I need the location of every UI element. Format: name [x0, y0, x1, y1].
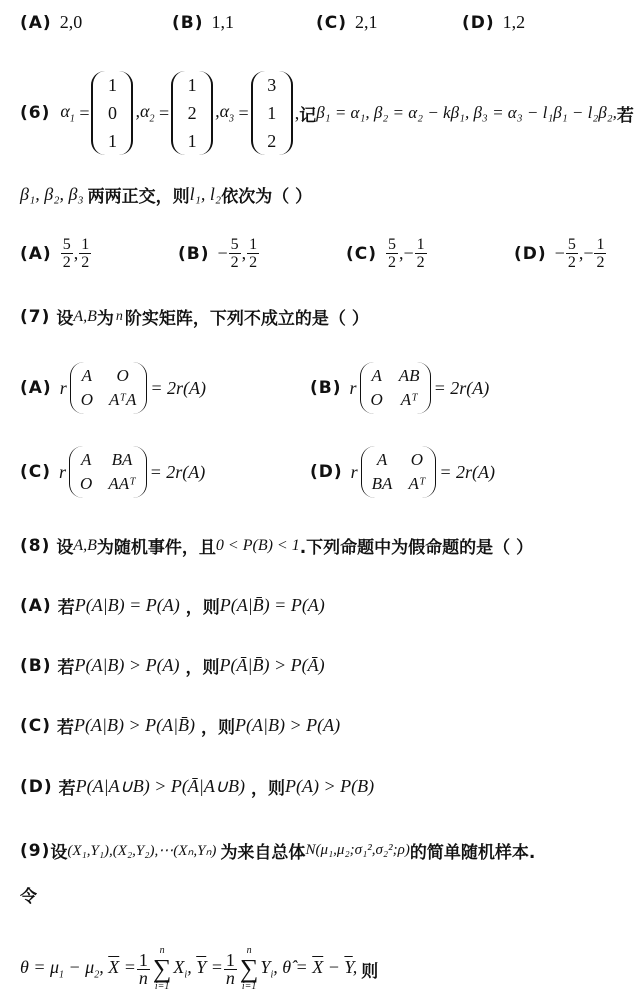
block-matrix: AOBAAᵀ — [361, 446, 437, 498]
q7-option-b: (B) r AABOAᵀ = 2r(A) — [310, 362, 489, 414]
q8-option-a: (A) 若 P(A|B) = P(A) ，则 P(A|B̄) = P(A) — [20, 593, 325, 618]
text-ruo: 若 — [617, 101, 634, 126]
option-value: 1,1 — [212, 12, 235, 33]
block-matrix: AABOAᵀ — [360, 362, 431, 414]
q9-ling: 令 — [20, 882, 37, 907]
q6-option-b: (B) − 52, 12 — [178, 236, 260, 271]
q9-formula: θ = μ1 − μ2, X = 1n n∑i=1 Xi, Y = 1n n∑i… — [20, 945, 378, 993]
q6-option-d: (D) − 52, − 12 — [514, 236, 607, 271]
q8-stem: (8) 设 A,B 为随机事件，且 0 < P(B) < 1 .下列命题中为假命… — [20, 533, 533, 558]
beta-definition: β₁ = α₁, β₂ = α₂ − kβ₁, β₃ = α₃ − l₁β₁ −… — [316, 103, 617, 123]
vector-alpha3: 312 — [251, 71, 293, 155]
q9-stem: (9) 设 (X₁,Y₁),(X₂,Y₂),⋯(Xₙ,Yₙ) 为来自总体 N(μ… — [20, 838, 535, 863]
vector-alpha1: 101 — [91, 71, 133, 155]
q7-option-c: (C) r ABAOAAᵀ = 2r(A) — [20, 446, 205, 498]
block-matrix: ABAOAAᵀ — [69, 446, 147, 498]
option-value: 2,1 — [355, 12, 378, 33]
block-matrix: AOOAᵀA — [70, 362, 148, 414]
option-label: (D) — [462, 13, 495, 33]
q8-option-d: (D) 若 P(A|A∪B) > P(Ā|A∪B) ，则 P(A) > P(B) — [20, 774, 374, 799]
q5-option-c: (C) 2,1 — [316, 12, 378, 33]
q5-option-d: (D) 1,2 — [462, 12, 525, 33]
q8-option-c: (C) 若 P(A|B) > P(A|B̄) ，则 P(A|B) > P(A) — [20, 713, 340, 738]
option-label: (C) — [316, 13, 347, 33]
q7-option-a: (A) r AOOAᵀA = 2r(A) — [20, 362, 206, 414]
q7-stem: (7) 设 A,B 为 n 阶实矩阵，下列不成立的是（ ） — [20, 304, 369, 329]
q6-stem-line2: β₁, β₂, β₃ 两两正交，则 l₁, l₂ 依次为（ ） — [20, 182, 312, 207]
q8-option-b: (B) 若 P(A|B) > P(A) ，则 P(Ā|B̄) > P(Ā) — [20, 653, 325, 678]
vector-alpha2: 121 — [171, 71, 213, 155]
question-number: (6) — [20, 103, 50, 123]
option-label: (B) — [172, 13, 204, 33]
q6-option-a: (A) 52, 12 — [20, 236, 92, 271]
text-ji: 记 — [299, 101, 316, 126]
q6-option-c: (C) 52, − 12 — [346, 236, 428, 271]
alpha1-label: α1 — [60, 101, 74, 125]
q5-option-b: (B) 1,1 — [172, 12, 234, 33]
option-label: (A) — [20, 13, 52, 33]
option-value: 2,0 — [60, 12, 83, 33]
q5-option-a: (A) 2,0 — [20, 12, 82, 33]
q6-stem: (6) α1 = 101 ,α2 = 121 ,α3 = 312 , 记 β₁ … — [20, 68, 634, 158]
q7-option-d: (D) r AOBAAᵀ = 2r(A) — [310, 446, 495, 498]
option-value: 1,2 — [503, 12, 526, 33]
